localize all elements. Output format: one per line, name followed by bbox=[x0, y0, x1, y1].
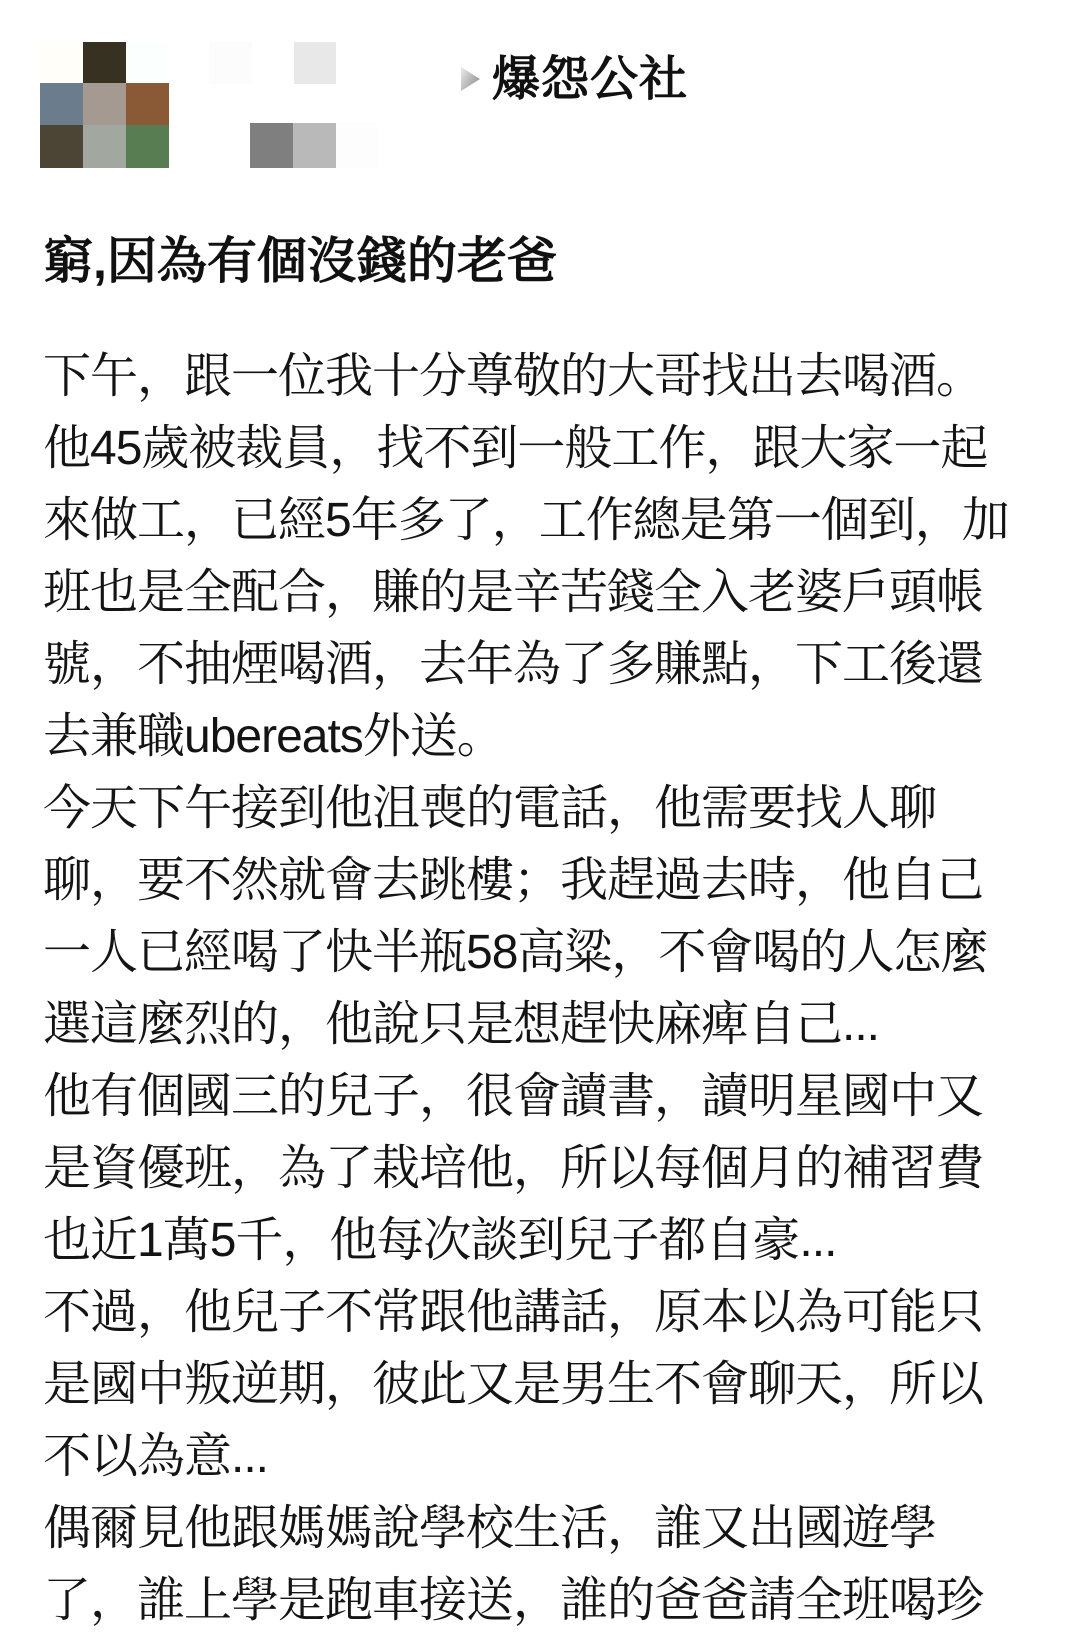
mosaic-block bbox=[40, 42, 83, 83]
post-title: 窮,因為有個沒錢的老爸 bbox=[43, 233, 557, 289]
mosaic-block bbox=[83, 42, 126, 83]
shared-to-arrow-icon bbox=[461, 67, 480, 91]
post-body: 下午，跟一位我十分尊敬的大哥找出去喝酒。 他45歲被裁員，找不到一般工作，跟大家… bbox=[43, 341, 1063, 1637]
mosaic-block bbox=[126, 125, 169, 168]
mosaic-block bbox=[209, 42, 252, 84]
mosaic-block bbox=[83, 83, 126, 125]
group-name-link[interactable]: 爆怨公社 bbox=[492, 56, 688, 104]
mosaic-block bbox=[40, 83, 83, 125]
mosaic-block bbox=[83, 125, 126, 168]
mosaic-block bbox=[336, 123, 378, 168]
profile-avatar[interactable] bbox=[40, 42, 169, 168]
post-page: 爆怨公社 窮,因為有個沒錢的老爸 下午，跟一位我十分尊敬的大哥找出去喝酒。 他4… bbox=[0, 0, 1079, 1642]
mosaic-block bbox=[294, 42, 336, 84]
mosaic-block bbox=[126, 83, 169, 125]
mosaic-block bbox=[126, 42, 169, 83]
censored-username[interactable] bbox=[209, 42, 378, 168]
mosaic-block bbox=[250, 123, 293, 168]
mosaic-block bbox=[40, 125, 83, 168]
mosaic-block bbox=[293, 123, 336, 168]
